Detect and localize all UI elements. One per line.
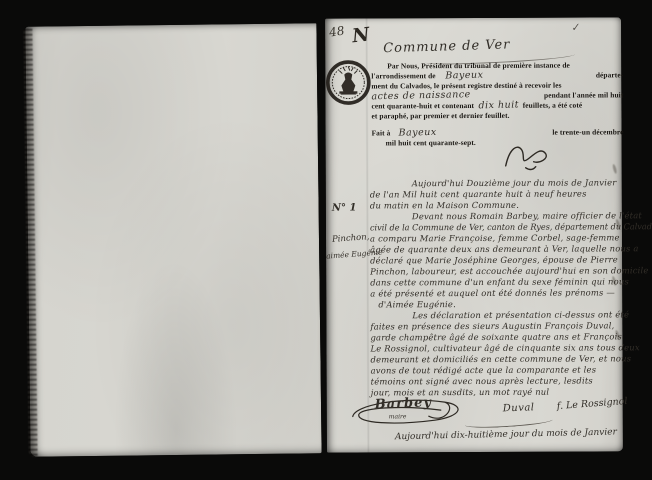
printed-header-block: Par Nous, Président du tribunal de premi… [371, 60, 623, 148]
printed-line: feuillets, a été coté [523, 101, 583, 111]
handwritten-fill-arrondissement: Bayeux [446, 71, 484, 82]
folio-number: 48 [328, 24, 345, 40]
act-margin-name: Pinchon, [332, 232, 370, 245]
printed-line: départe- [596, 70, 624, 80]
printed-fait-a: Fait à [372, 128, 391, 138]
royal-seal-stamp-icon [325, 58, 372, 107]
witness2-signature: f. Le Rossignol [556, 396, 627, 412]
act-line: a été présenté et auquel ont été donnés … [370, 287, 626, 299]
scanned-register-photo: { "scene": { "background_color": "#0a0a0… [0, 0, 652, 480]
handwritten-fill-feuillets: dix huit [478, 100, 519, 111]
act-line: témoins ont signé avec nous après lectur… [371, 375, 627, 387]
act-margin-number: N° 1 [332, 203, 357, 214]
handwritten-fill-fait-lieu: Bayeux [398, 128, 436, 139]
left-blank-page [25, 23, 321, 457]
mayor-title: maire [389, 413, 407, 420]
printed-line: l'arrondissement de [371, 71, 435, 81]
birth-act-body: Aujourd'hui Douzième jour du mois de Jan… [370, 177, 627, 398]
signatures-row: Barbey maire Duval f. Le Rossignol [345, 393, 623, 430]
act-line: civil de la Commune de Ver, canton de Ry… [370, 221, 618, 233]
pencil-corner-mark: ✓ [570, 22, 582, 35]
printed-line: pendant l'année mil huit [544, 90, 623, 100]
act-line: Aujourd'hui Douzième jour du mois de Jan… [370, 177, 626, 189]
printed-line: et paraphé, par premier et dernier feuil… [371, 110, 623, 121]
printed-date: le trente-un décembre [552, 127, 623, 137]
mayor-signature: Barbey [374, 395, 432, 412]
letter-n-mark: N [351, 24, 371, 48]
witness1-signature: Duval [503, 402, 535, 414]
printed-line: cent quarante-huit et contenant [371, 101, 474, 111]
right-register-page: 48 N Commune de Ver ✓ Par Nous, Présiden… [325, 17, 623, 452]
president-signature-flourish [496, 140, 560, 174]
edge-bleed-mark [612, 164, 618, 174]
